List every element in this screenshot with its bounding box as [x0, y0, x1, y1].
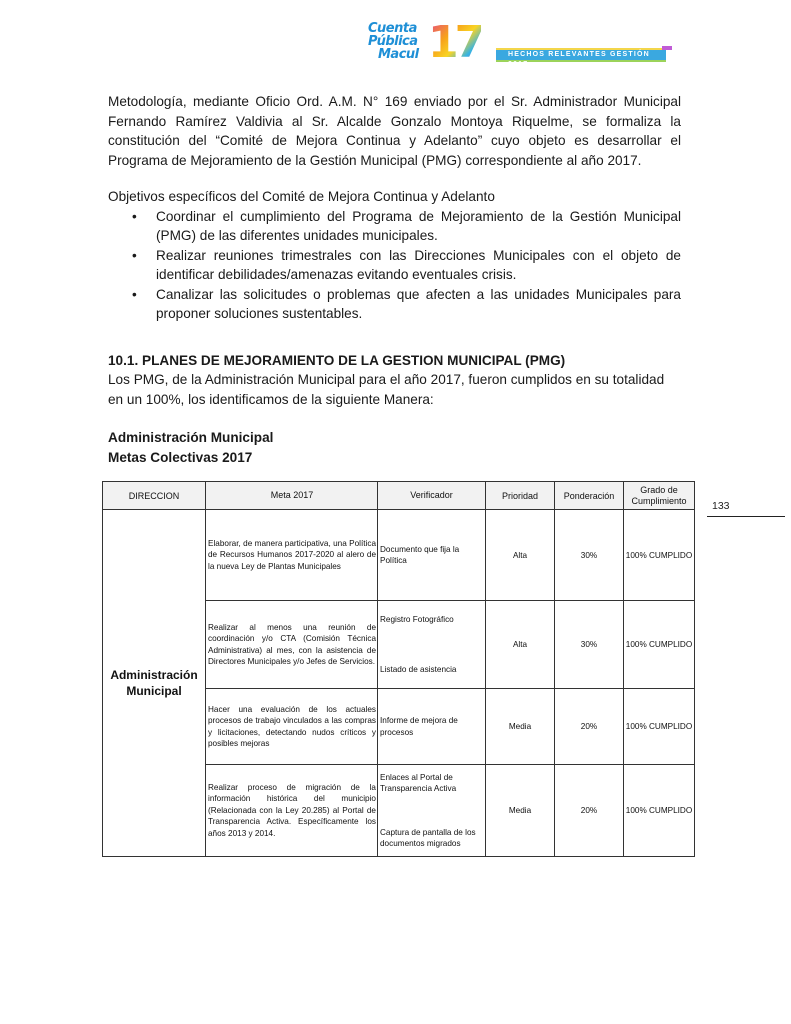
- list-item-text: Realizar reuniones trimestrales con las …: [156, 248, 681, 283]
- meta-text: Elaborar, de manera participativa, una P…: [208, 538, 376, 573]
- cumplimiento-cell: 100% CUMPLIDO: [624, 765, 695, 857]
- page-number: 133: [712, 500, 730, 512]
- verificador-cell: Enlaces al Portal de Transparencia Activ…: [378, 765, 486, 857]
- direccion-cell: Administración Municipal: [103, 510, 206, 857]
- verificador-text: Captura de pantalla de los documentos mi…: [380, 827, 483, 850]
- cumplimiento-cell: 100% CUMPLIDO: [624, 510, 695, 601]
- meta-text: Realizar al menos una reunión de coordin…: [208, 622, 376, 668]
- meta-cell: Realizar proceso de migración de la info…: [206, 765, 378, 857]
- meta-text: Realizar proceso de migración de la info…: [208, 782, 376, 840]
- header-cumplimiento: Grado de Cumplimiento: [624, 482, 695, 510]
- section-paragraph: Los PMG, de la Administración Municipal …: [108, 370, 681, 409]
- verificador-text: Listado de asistencia: [380, 664, 483, 676]
- prioridad-cell: Alta: [486, 510, 555, 601]
- cumplimiento-cell: 100% CUMPLIDO: [624, 601, 695, 689]
- bullet-icon: •: [132, 246, 137, 266]
- meta-cell: Elaborar, de manera participativa, una P…: [206, 510, 378, 601]
- list-item-text: Canalizar las solicitudes o problemas qu…: [156, 287, 681, 322]
- header-banner: HECHOS RELEVANTES GESTIÓN 2017: [496, 48, 666, 62]
- meta-cell: Hacer una evaluación de los actuales pro…: [206, 689, 378, 765]
- header-meta: Meta 2017: [206, 482, 378, 510]
- page-number-rule: [707, 516, 785, 517]
- logo-wordmark: Cuenta Pública Macul: [368, 22, 419, 61]
- bullet-icon: •: [132, 207, 137, 227]
- ponderacion-cell: 20%: [555, 765, 624, 857]
- cuenta-publica-logo: Cuenta Pública Macul 17: [368, 22, 488, 68]
- metas-table: DIRECCION Meta 2017 Verificador Priorida…: [102, 481, 695, 857]
- banner-accent: [662, 46, 672, 50]
- cumplimiento-cell: 100% CUMPLIDO: [624, 689, 695, 765]
- ponderacion-cell: 30%: [555, 510, 624, 601]
- verificador-text: Documento que fija la Política: [380, 544, 483, 567]
- logo-number: 17: [428, 20, 481, 66]
- header-verificador: Verificador: [378, 482, 486, 510]
- intro-paragraph: Metodología, mediante Oficio Ord. A.M. N…: [108, 92, 681, 170]
- bullet-icon: •: [132, 285, 137, 305]
- meta-cell: Realizar al menos una reunión de coordin…: [206, 601, 378, 689]
- table-title: Administración Municipal Metas Colectiva…: [108, 428, 681, 467]
- verificador-text: Enlaces al Portal de Transparencia Activ…: [380, 772, 483, 795]
- verificador-text: Registro Fotográfico: [380, 614, 483, 626]
- prioridad-cell: Media: [486, 765, 555, 857]
- ponderacion-cell: 30%: [555, 601, 624, 689]
- objectives-title: Objetivos específicos del Comité de Mejo…: [108, 187, 681, 207]
- verificador-text: Informe de mejora de procesos: [380, 715, 483, 738]
- prioridad-cell: Media: [486, 689, 555, 765]
- list-item-text: Coordinar el cumplimiento del Programa d…: [156, 209, 681, 244]
- header-ponderacion: Ponderación: [555, 482, 624, 510]
- table-row: Administración Municipal Elaborar, de ma…: [103, 510, 695, 601]
- table-header-row: DIRECCION Meta 2017 Verificador Priorida…: [103, 482, 695, 510]
- objectives-section: Objetivos específicos del Comité de Mejo…: [108, 187, 681, 324]
- banner-text: HECHOS RELEVANTES GESTIÓN 2017: [508, 50, 666, 70]
- objectives-list: •Coordinar el cumplimiento del Programa …: [108, 207, 681, 324]
- verificador-cell: Registro Fotográfico Listado de asistenc…: [378, 601, 486, 689]
- list-item: •Canalizar las solicitudes o problemas q…: [108, 285, 681, 324]
- header-prioridad: Prioridad: [486, 482, 555, 510]
- verificador-cell: Documento que fija la Política: [378, 510, 486, 601]
- verificador-cell: Informe de mejora de procesos: [378, 689, 486, 765]
- section-heading: 10.1. PLANES DE MEJORAMIENTO DE LA GESTI…: [108, 351, 681, 371]
- logo-line-3: Macul: [368, 48, 419, 61]
- list-item: •Coordinar el cumplimiento del Programa …: [108, 207, 681, 246]
- table-title-line-2: Metas Colectivas 2017: [108, 448, 681, 468]
- list-item: •Realizar reuniones trimestrales con las…: [108, 246, 681, 285]
- header-direccion: DIRECCION: [103, 482, 206, 510]
- table-title-line-1: Administración Municipal: [108, 428, 681, 448]
- prioridad-cell: Alta: [486, 601, 555, 689]
- ponderacion-cell: 20%: [555, 689, 624, 765]
- meta-text: Hacer una evaluación de los actuales pro…: [208, 704, 376, 750]
